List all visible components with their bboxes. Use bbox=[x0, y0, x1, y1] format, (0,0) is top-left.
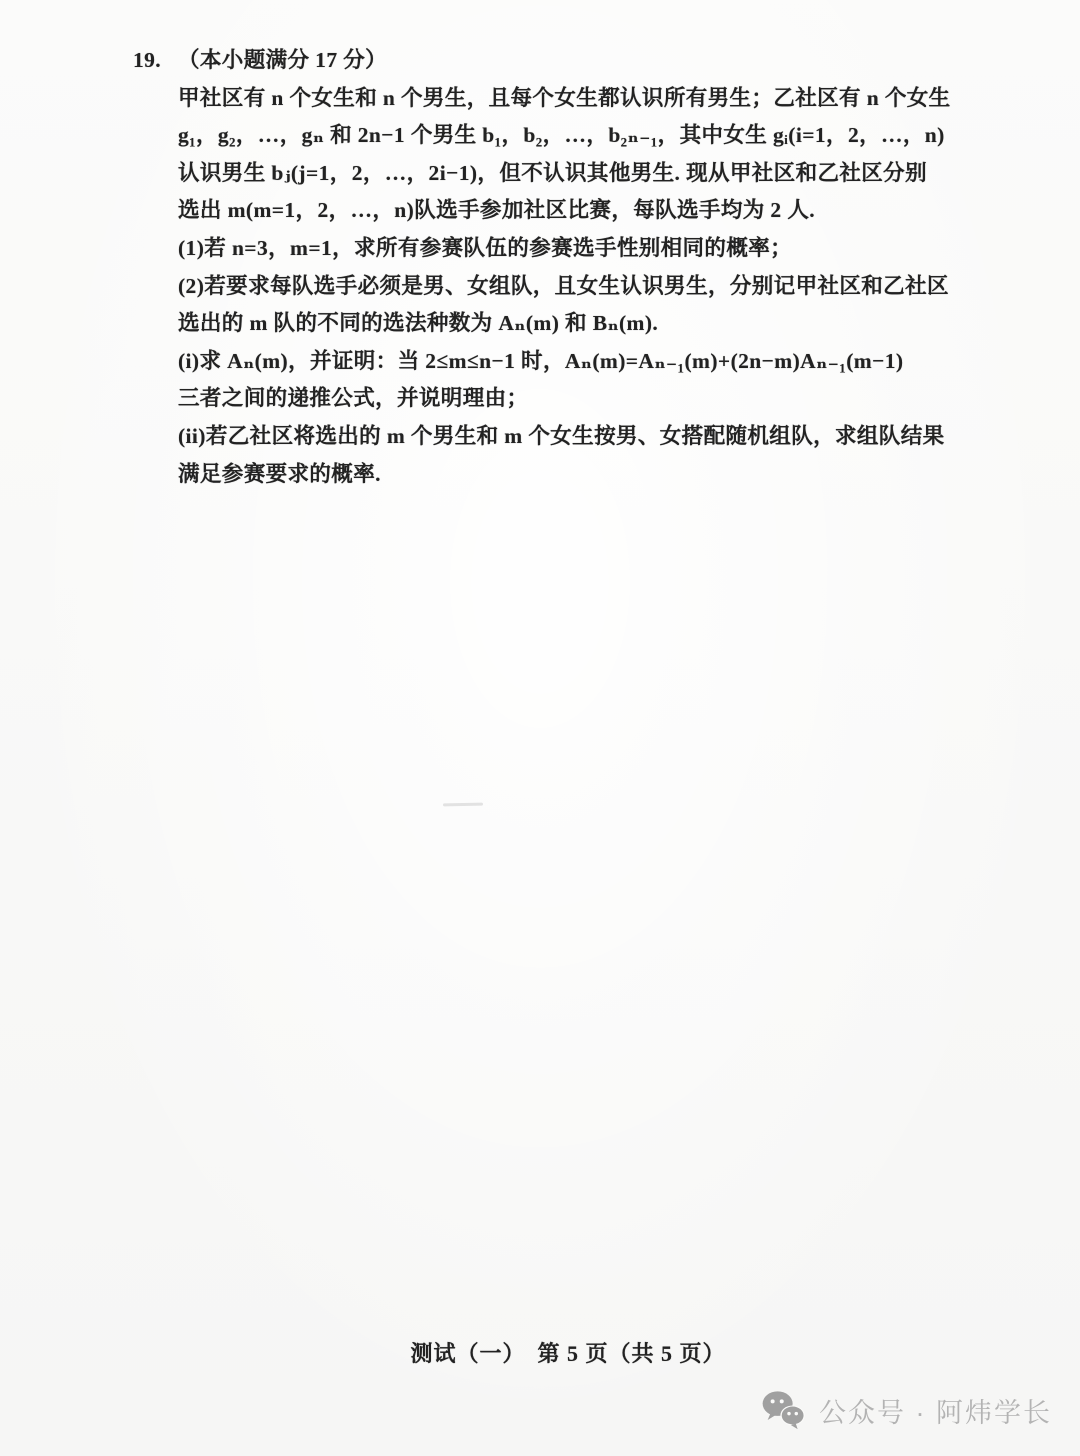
wechat-icon bbox=[761, 1390, 807, 1430]
question-text-line: 满足参赛要求的概率. bbox=[133, 456, 973, 494]
question-19-block: 19. （本小题满分 17 分） 甲社区有 n 个女生和 n 个男生，且每个女生… bbox=[133, 42, 973, 493]
question-text-line: 选出的 m 队的不同的选法种数为 Aₙ(m) 和 Bₙ(m). bbox=[133, 305, 973, 343]
question-text-line: g₁，g₂，…，gₙ 和 2n−1 个男生 b₁，b₂，…，b₂ₙ₋₁，其中女生… bbox=[133, 117, 973, 155]
watermark: 公众号 · 阿炜学长 bbox=[761, 1390, 1052, 1430]
watermark-text: 公众号 · 阿炜学长 bbox=[819, 1391, 1052, 1430]
question-points-line: （本小题满分 17 分） bbox=[178, 42, 387, 80]
question-text-line: 认识男生 bⱼ(j=1，2，…，2i−1)，但不认识其他男生. 现从甲社区和乙社… bbox=[133, 155, 973, 193]
question-text-line: 选出 m(m=1，2，…，n)队选手参加社区比赛，每队选手均为 2 人. bbox=[133, 192, 973, 230]
question-text-line: 甲社区有 n 个女生和 n 个男生，且每个女生都认识所有男生；乙社区有 n 个女… bbox=[133, 80, 973, 118]
question-part2-line: (2)若要求每队选手必须是男、女组队，且女生认识男生，分别记甲社区和乙社区 bbox=[133, 268, 973, 306]
question-part2ii-line: (ii)若乙社区将选出的 m 个男生和 m 个女生按男、女搭配随机组队，求组队结… bbox=[133, 418, 973, 456]
page-footer: 测试（一） 第 5 页（共 5 页） bbox=[0, 1337, 1080, 1368]
question-part1-line: (1)若 n=3，m=1，求所有参赛队伍的参赛选手性别相同的概率； bbox=[133, 230, 973, 268]
question-part2i-line: (i)求 Aₙ(m)，并证明：当 2≤m≤n−1 时，Aₙ(m)=Aₙ₋₁(m)… bbox=[133, 343, 973, 381]
exam-page: 19. （本小题满分 17 分） 甲社区有 n 个女生和 n 个男生，且每个女生… bbox=[0, 0, 1080, 1456]
question-number: 19. bbox=[133, 42, 178, 80]
question-first-line: 19. （本小题满分 17 分） bbox=[133, 42, 973, 80]
scan-artifact-dash bbox=[443, 803, 483, 807]
question-text-line: 三者之间的递推公式，并说明理由； bbox=[133, 380, 973, 418]
